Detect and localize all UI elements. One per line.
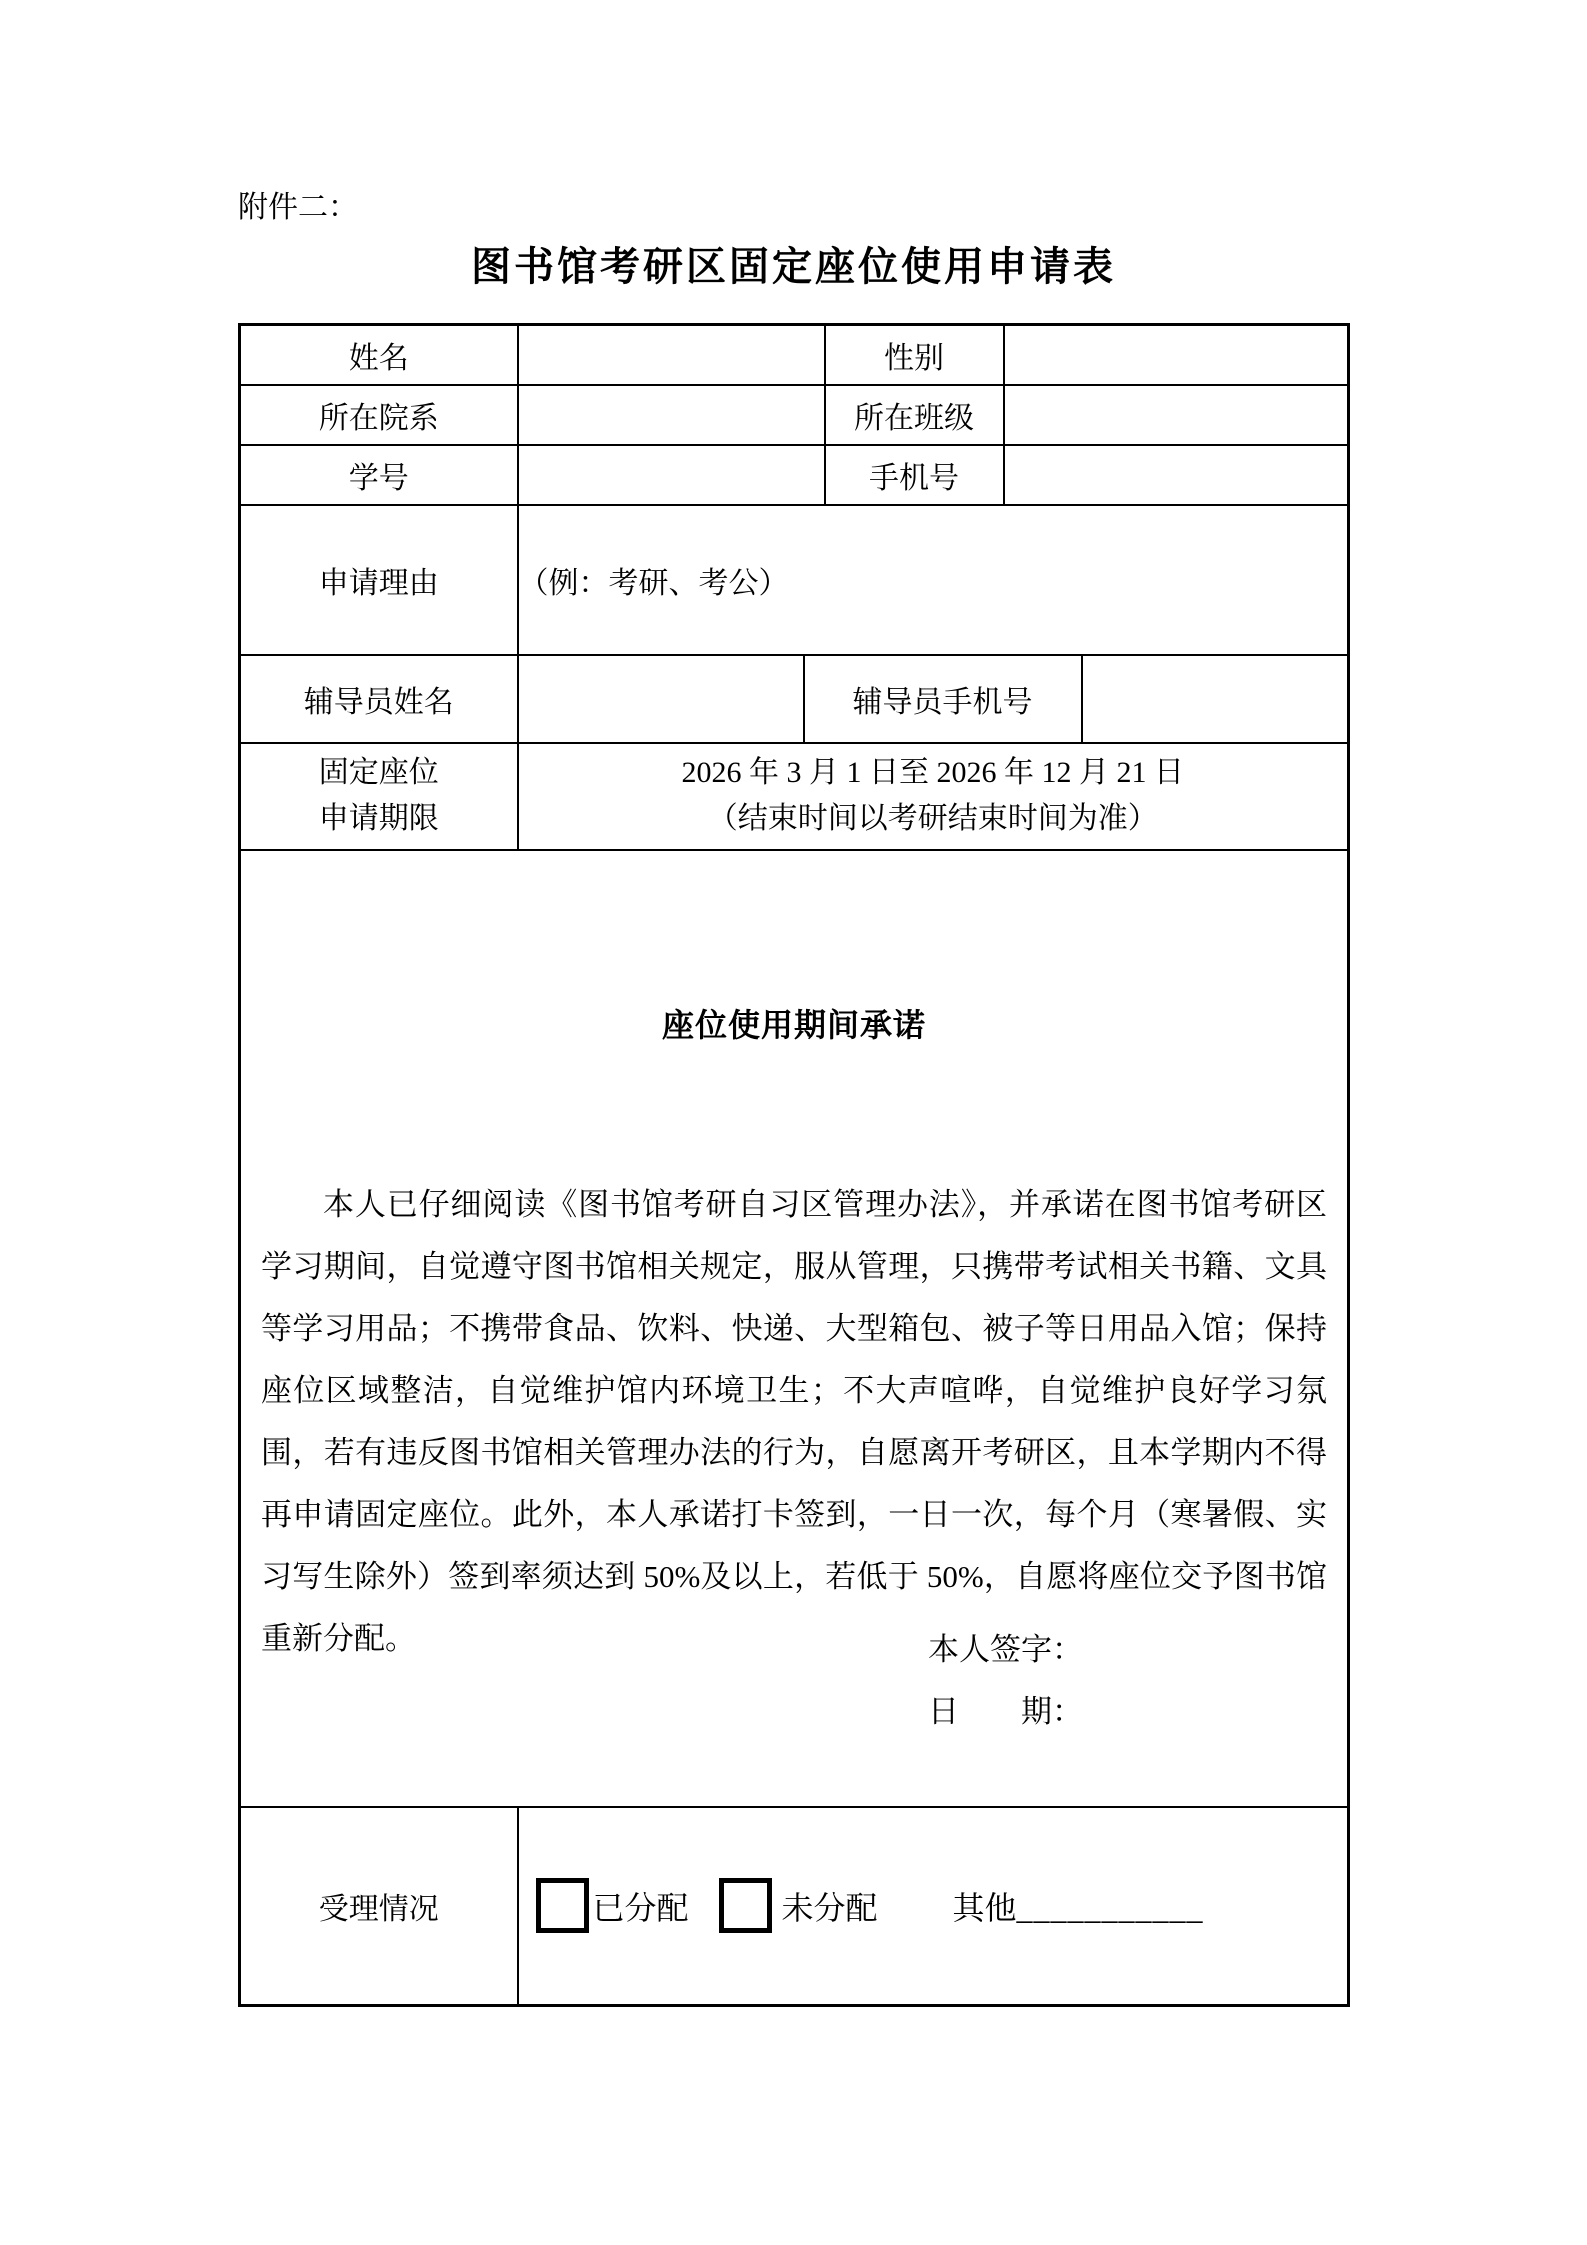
acceptance-options: 已分配 未分配 其他___________ — [519, 1878, 1348, 1933]
reason-input-cell[interactable]: （例：考研、考公） — [518, 505, 1349, 655]
seat-period-value: 2026 年 3 月 1 日至 2026 年 12 月 21 日 （结束时间以考… — [518, 743, 1349, 850]
acceptance-value-cell: 已分配 未分配 其他___________ — [518, 1807, 1349, 2006]
application-form-table: 姓名 性别 所在院系 所在班级 学号 手机号 申请理由 （例：考研、考公） 辅导… — [238, 323, 1350, 2007]
seat-period-label-line2: 申请期限 — [241, 796, 517, 842]
name-input-cell[interactable] — [518, 325, 825, 385]
phone-input-cell[interactable] — [1004, 445, 1349, 505]
name-label: 姓名 — [240, 325, 518, 385]
row-name-gender: 姓名 性别 — [240, 325, 1349, 385]
commitment-body-text: 本人已仔细阅读《图书馆考研自习区管理办法》，并承诺在图书馆考研区学习期间，自觉遵… — [261, 1174, 1327, 1670]
seat-period-dates: 2026 年 3 月 1 日至 2026 年 12 月 21 日 — [519, 750, 1348, 796]
phone-label: 手机号 — [825, 445, 1004, 505]
signature-block: 本人签字： 日 期： — [928, 1619, 1083, 1743]
row-commitment: 座位使用期间承诺 本人已仔细阅读《图书馆考研自习区管理办法》，并承诺在图书馆考研… — [240, 850, 1349, 1807]
allocated-label: 已分配 — [593, 1883, 689, 1929]
department-input-cell[interactable] — [518, 385, 825, 445]
seat-period-label: 固定座位 申请期限 — [240, 743, 518, 850]
other-label: 其他 — [953, 1890, 1017, 1926]
not-allocated-checkbox[interactable] — [719, 1878, 772, 1933]
other-group: 其他___________ — [953, 1883, 1204, 1929]
counselor-phone-input-cell[interactable] — [1082, 655, 1349, 743]
reason-hint: （例：考研、考公） — [519, 567, 789, 600]
gender-input-cell[interactable] — [1004, 325, 1349, 385]
other-blank-line[interactable]: ___________ — [1017, 1890, 1204, 1926]
seat-period-note: （结束时间以考研结束时间为准） — [519, 796, 1348, 842]
commitment-heading: 座位使用期间承诺 — [241, 1000, 1347, 1046]
acceptance-label: 受理情况 — [240, 1807, 518, 2006]
student-id-input-cell[interactable] — [518, 445, 825, 505]
gender-label: 性别 — [825, 325, 1004, 385]
signature-label: 本人签字： — [928, 1619, 1083, 1681]
page-title: 图书馆考研区固定座位使用申请表 — [0, 243, 1587, 291]
allocated-checkbox[interactable] — [536, 1878, 589, 1933]
attachment-label: 附件二： — [238, 190, 358, 226]
row-counselor: 辅导员姓名 辅导员手机号 — [240, 655, 1349, 743]
counselor-name-input-cell[interactable] — [518, 655, 804, 743]
counselor-phone-label: 辅导员手机号 — [804, 655, 1082, 743]
application-form-page: 附件二： 图书馆考研区固定座位使用申请表 姓名 性别 所在院系 所在班级 学号 … — [0, 0, 1587, 2245]
row-acceptance: 受理情况 已分配 未分配 其他___________ — [240, 1807, 1349, 2006]
counselor-name-label: 辅导员姓名 — [240, 655, 518, 743]
department-label: 所在院系 — [240, 385, 518, 445]
seat-period-label-line1: 固定座位 — [241, 750, 517, 796]
not-allocated-label: 未分配 — [782, 1883, 878, 1929]
student-id-label: 学号 — [240, 445, 518, 505]
date-label: 日 期： — [928, 1681, 1083, 1743]
row-studentid-phone: 学号 手机号 — [240, 445, 1349, 505]
class-label: 所在班级 — [825, 385, 1004, 445]
class-input-cell[interactable] — [1004, 385, 1349, 445]
row-seat-period: 固定座位 申请期限 2026 年 3 月 1 日至 2026 年 12 月 21… — [240, 743, 1349, 850]
row-application-reason: 申请理由 （例：考研、考公） — [240, 505, 1349, 655]
row-department-class: 所在院系 所在班级 — [240, 385, 1349, 445]
commitment-cell: 座位使用期间承诺 本人已仔细阅读《图书馆考研自习区管理办法》，并承诺在图书馆考研… — [240, 850, 1349, 1807]
reason-label: 申请理由 — [240, 505, 518, 655]
